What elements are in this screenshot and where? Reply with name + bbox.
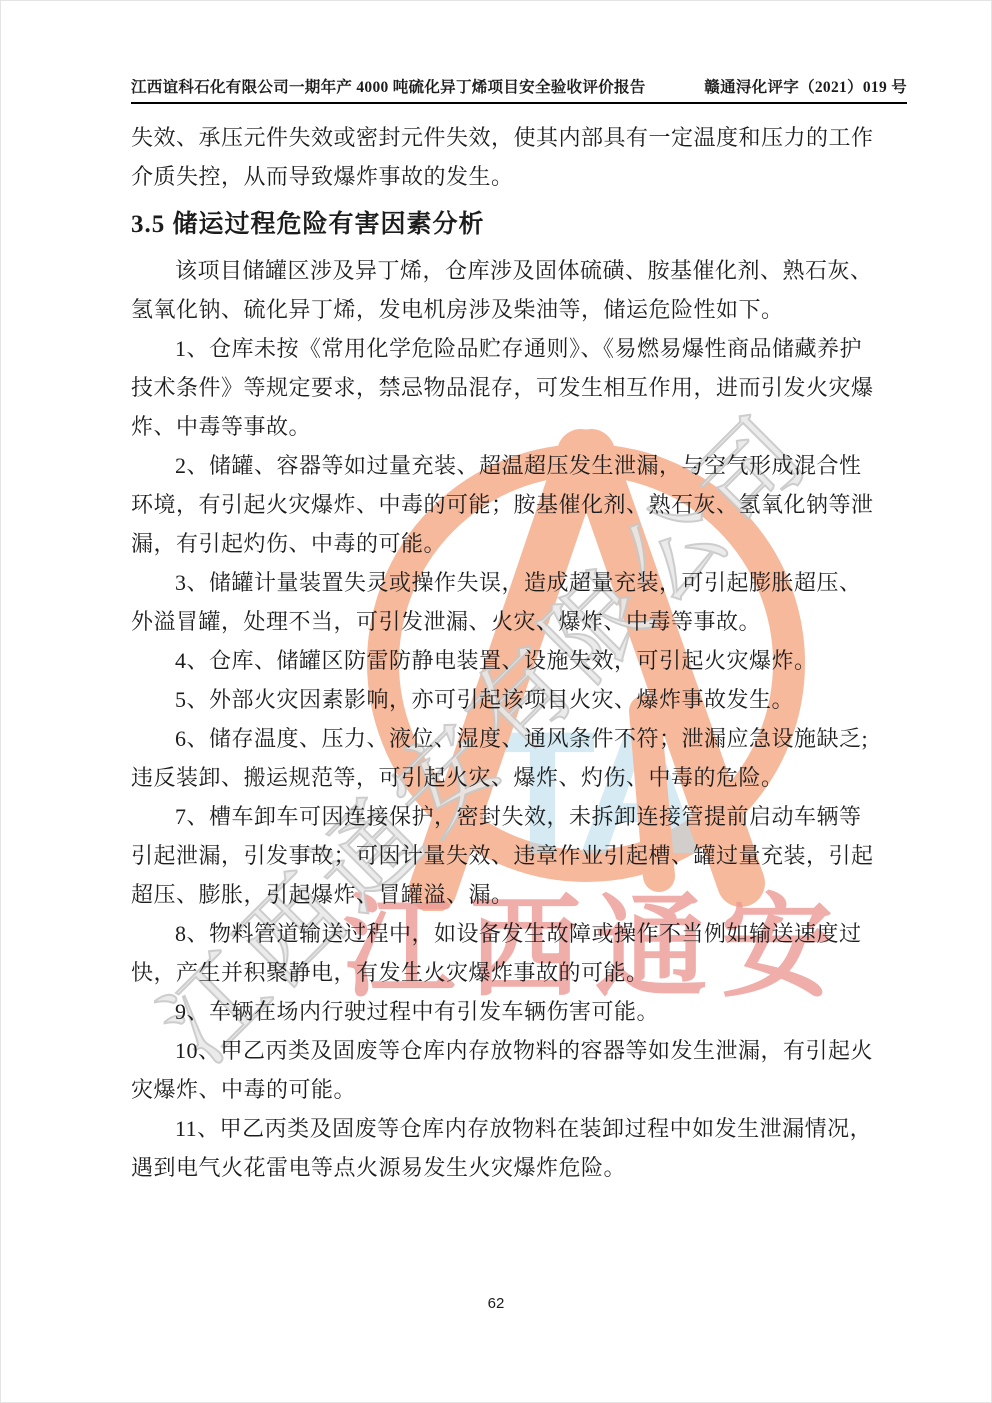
text-line: 9、车辆在场内行驶过程中有引发车辆伤害可能。 — [131, 992, 911, 1031]
text-line: 1、仓库未按《常用化学危险品贮存通则》、《易燃易爆性商品储藏养护 — [131, 329, 911, 368]
text-line: 炸、中毒等事故。 — [131, 407, 911, 446]
text-line: 引起泄漏，引发事故；可因计量失效、违章作业引起槽、罐过量充装，引起 — [131, 836, 911, 875]
header-document-number: 赣通浔化评字（2021）019 号 — [704, 75, 907, 97]
page-header: 江西谊科石化有限公司一期年产 4000 吨硫化异丁烯项目安全验收评价报告 赣通浔… — [131, 75, 907, 104]
text-line: 介质失控，从而导致爆炸事故的发生。 — [131, 157, 911, 196]
text-line: 遇到电气火花雷电等点火源易发生火灾爆炸危险。 — [131, 1148, 911, 1187]
text-line: 快，产生并积聚静电，有发生火灾爆炸事故的可能。 — [131, 953, 911, 992]
body-text: 失效、承压元件失效或密封元件失效，使其内部具有一定温度和压力的工作介质失控，从而… — [131, 118, 911, 1187]
header-report-title: 江西谊科石化有限公司一期年产 4000 吨硫化异丁烯项目安全验收评价报告 — [131, 75, 646, 97]
text-line: 5、外部火灾因素影响，亦可引起该项目火灾、爆炸事故发生。 — [131, 680, 911, 719]
text-line: 2、储罐、容器等如过量充装、超温超压发生泄漏，与空气形成混合性 — [131, 446, 911, 485]
text-line: 4、仓库、储罐区防雷防静电装置、设施失效，可引起火灾爆炸。 — [131, 641, 911, 680]
text-line: 该项目储罐区涉及异丁烯，仓库涉及固体硫磺、胺基催化剂、熟石灰、 — [131, 251, 911, 290]
text-line: 3、储罐计量装置失灵或操作失误，造成超量充装，可引起膨胀超压、 — [131, 563, 911, 602]
section-heading: 3.5 储运过程危险有害因素分析 — [131, 205, 911, 244]
text-line: 灾爆炸、中毒的可能。 — [131, 1070, 911, 1109]
text-line: 6、储存温度、压力、液位、湿度、通风条件不符；泄漏应急设施缺乏; — [131, 719, 911, 758]
text-line: 10、甲乙丙类及固废等仓库内存放物料的容器等如发生泄漏，有引起火 — [131, 1031, 911, 1070]
text-line: 7、槽车卸车可因连接保护，密封失效，未拆卸连接管提前启动车辆等 — [131, 797, 911, 836]
intro-paragraph: 失效、承压元件失效或密封元件失效，使其内部具有一定温度和压力的工作介质失控，从而… — [131, 118, 911, 196]
text-line: 环境，有引起火灾爆炸、中毒的可能；胺基催化剂、熟石灰、氢氧化钠等泄 — [131, 485, 911, 524]
text-line: 技术条件》等规定要求，禁忌物品混存，可发生相互作用，进而引发火灾爆 — [131, 368, 911, 407]
text-line: 漏，有引起灼伤、中毒的可能。 — [131, 524, 911, 563]
text-line: 违反装卸、搬运规范等，可引起火灾、爆炸、灼伤、中毒的危险。 — [131, 758, 911, 797]
page-number: 62 — [1, 1295, 991, 1312]
text-line: 外溢冒罐，处理不当，可引发泄漏、火灾、爆炸、中毒等事故。 — [131, 602, 911, 641]
hazard-analysis-paragraphs: 该项目储罐区涉及异丁烯，仓库涉及固体硫磺、胺基催化剂、熟石灰、氢氧化钠、硫化异丁… — [131, 251, 911, 1187]
document-page: TA 江西通安 江西通安有限公司 江西谊科石化有限公司一期年产 4000 吨硫化… — [0, 0, 992, 1403]
text-line: 失效、承压元件失效或密封元件失效，使其内部具有一定温度和压力的工作 — [131, 118, 911, 157]
text-line: 氢氧化钠、硫化异丁烯，发电机房涉及柴油等，储运危险性如下。 — [131, 290, 911, 329]
text-line: 8、物料管道输送过程中，如设备发生故障或操作不当例如输送速度过 — [131, 914, 911, 953]
text-line: 超压、膨胀，引起爆炸、冒罐溢、漏。 — [131, 875, 911, 914]
text-line: 11、甲乙丙类及固废等仓库内存放物料在装卸过程中如发生泄漏情况， — [131, 1109, 911, 1148]
